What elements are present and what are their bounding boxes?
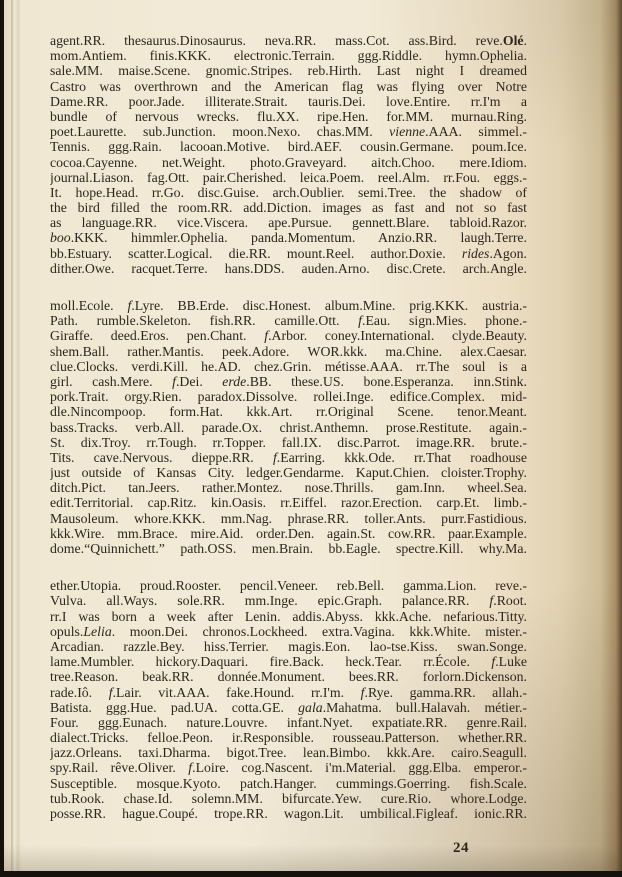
text-line: Vulva. all.Ways. sole.RR. mm.Inge. epic.… xyxy=(50,593,527,608)
text-line: Susceptible. mosque.Kyoto. patch.Hanger.… xyxy=(50,776,527,791)
text-line: bass.Tracks. verb.All. parade.Ox. christ… xyxy=(50,420,527,435)
text-line: clue.Clocks. verdi.Kill. he.AD. chez.Gri… xyxy=(50,359,527,374)
paragraph: moll.Ecole. f.Lyre. BB.Erde. disc.Honest… xyxy=(50,298,527,556)
paragraph: agent.RR. thesaurus.Dinosaurus. neva.RR.… xyxy=(50,33,527,276)
text-line: dialect.Tricks. felloe.Peon. ir.Responsi… xyxy=(50,730,527,745)
scanned-book-page: agent.RR. thesaurus.Dinosaurus. neva.RR.… xyxy=(0,0,622,877)
text-line: sale.MM. maise.Scene. gnomic.Stripes. re… xyxy=(50,63,527,78)
text-block: agent.RR. thesaurus.Dinosaurus. neva.RR.… xyxy=(50,33,527,821)
text-line: Tennis. ggg.Rain. lacooan.Motive. bird.A… xyxy=(50,139,527,154)
text-line: shem.Ball. rather.Mantis. peek.Adore. WO… xyxy=(50,344,527,359)
text-line: boo.KKK. himmler.Ophelia. panda.Momentum… xyxy=(50,230,527,245)
text-line: It. hope.Head. rr.Go. disc.Guise. arch.O… xyxy=(50,185,527,200)
text-line: kkk.Wire. mm.Brace. mire.Aid. order.Den.… xyxy=(50,526,527,541)
page-edge-crease xyxy=(11,0,21,871)
text-line: rade.Iô. f.Lair. vit.AAA. fake.Hound. rr… xyxy=(50,685,527,700)
text-line: jazz.Orleans. taxi.Dharma. bigot.Tree. l… xyxy=(50,745,527,760)
paper-surface: agent.RR. thesaurus.Dinosaurus. neva.RR.… xyxy=(4,0,622,871)
text-line: ditch.Pict. tan.Jeers. rather.Montez. no… xyxy=(50,480,527,495)
text-line: Castro was overthrown and the American f… xyxy=(50,79,527,94)
text-line: Dame.RR. poor.Jade. illiterate.Strait. t… xyxy=(50,94,527,109)
text-line: posse.RR. hague.Coupé. trope.RR. wagon.L… xyxy=(50,806,527,821)
page-number: 24 xyxy=(453,840,469,857)
text-line: journal.Liason. fag.Ott. pair.Cherished.… xyxy=(50,170,527,185)
text-line: Batista. ggg.Hue. pad.UA. cotta.GE. gala… xyxy=(50,700,527,715)
text-line: Arcadian. razzle.Bey. hiss.Terrier. magi… xyxy=(50,639,527,654)
text-line: cocoa.Cayenne. net.Weight. photo.Graveya… xyxy=(50,155,527,170)
text-line: girl. cash.Mere. f.Dei. erde.BB. these.U… xyxy=(50,374,527,389)
text-line: tree.Reason. beak.RR. donnée.Monument. b… xyxy=(50,669,527,684)
paragraph: ether.Utopia. proud.Rooster. pencil.Vene… xyxy=(50,578,527,821)
text-line: edit.Territorial. cap.Ritz. kin.Oasis. r… xyxy=(50,495,527,510)
text-line: opuls.Lelia. moon.Dei. chronos.Lockheed.… xyxy=(50,624,527,639)
text-line: bb.Estuary. scatter.Logical. die.RR. mou… xyxy=(50,246,527,261)
text-line: dle.Nincompoop. form.Hat. kkk.Art. rr.Or… xyxy=(50,404,527,419)
text-line: ether.Utopia. proud.Rooster. pencil.Vene… xyxy=(50,578,527,593)
text-line: moll.Ecole. f.Lyre. BB.Erde. disc.Honest… xyxy=(50,298,527,313)
text-line: spy.Rail. rêve.Oliver. f.Loire. cog.Nasc… xyxy=(50,760,527,775)
text-line: rr.I was born a week after Lenin. addis.… xyxy=(50,609,527,624)
text-line: St. dix.Troy. rr.Tough. rr.Topper. fall.… xyxy=(50,435,527,450)
text-line: dither.Owe. racquet.Terre. hans.DDS. aud… xyxy=(50,261,527,276)
text-line: dome.“Quinnichett.” path.OSS. men.Brain.… xyxy=(50,541,527,556)
text-line: the bird filled the room.RR. add.Diction… xyxy=(50,200,527,215)
text-line: Four. ggg.Eunach. nature.Louvre. infant.… xyxy=(50,715,527,730)
text-line: lame.Mumbler. hickory.Daquari. fire.Back… xyxy=(50,654,527,669)
text-line: just outside of Kansas City. ledger.Gend… xyxy=(50,465,527,480)
text-line: Giraffe. deed.Eros. pen.Chant. f.Arbor. … xyxy=(50,328,527,343)
text-line: poet.Laurette. sub.Junction. moon.Nexo. … xyxy=(50,124,527,139)
text-line: mom.Antiem. finis.KKK. electronic.Terrai… xyxy=(50,48,527,63)
text-line: as language.RR. vice.Viscera. ape.Pursue… xyxy=(50,215,527,230)
text-line: bundle of nervous wrecks. flu.XX. ripe.H… xyxy=(50,109,527,124)
text-line: pork.Trait. orgy.Rien. paradox.Dissolve.… xyxy=(50,389,527,404)
text-line: Mausoleum. whore.KKK. mm.Nag. phrase.RR.… xyxy=(50,511,527,526)
text-line: Path. rumble.Skeleton. fish.RR. camille.… xyxy=(50,313,527,328)
text-line: Tits. cave.Nervous. dieppe.RR. f.Earring… xyxy=(50,450,527,465)
text-line: tub.Rook. chase.Id. solemn.MM. bifurcate… xyxy=(50,791,527,806)
text-line: agent.RR. thesaurus.Dinosaurus. neva.RR.… xyxy=(50,33,527,48)
